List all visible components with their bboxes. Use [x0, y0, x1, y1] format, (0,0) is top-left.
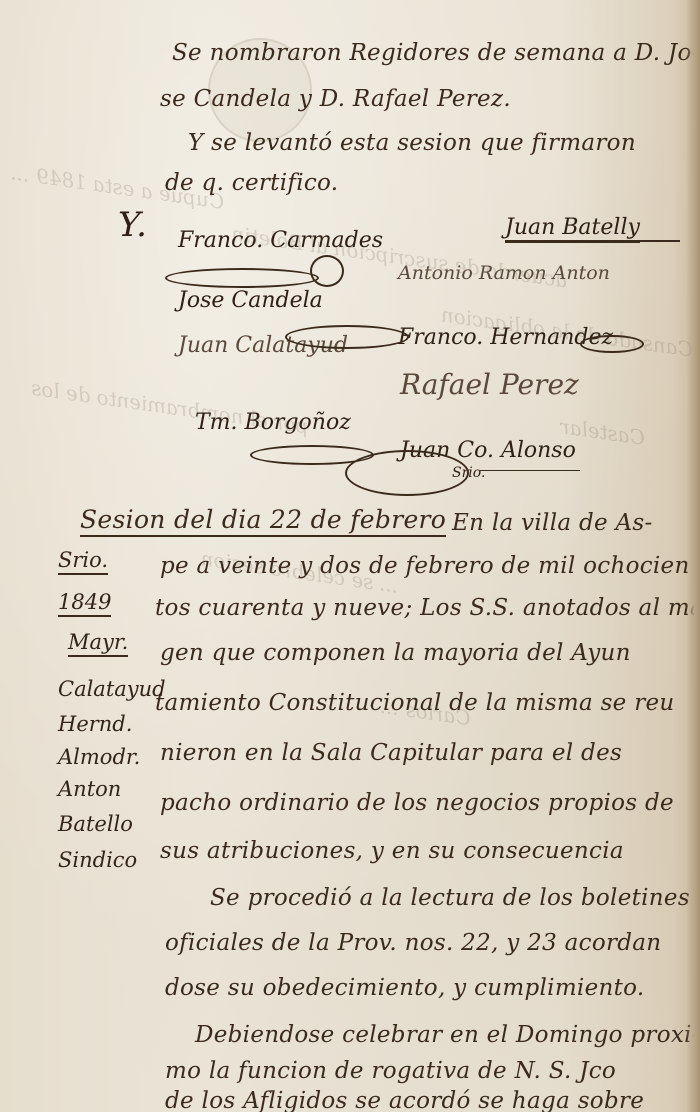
signature-anton: Antonio Ramon Anton [398, 262, 610, 284]
paragraph-1-line-2: oficiales de la Prov. nos. 22, y 23 acor… [165, 930, 661, 956]
margin-secretary: Srio. [58, 548, 108, 575]
session-body-line-4: gen que componen la mayoria del Ayun [160, 640, 631, 666]
session-heading: Sesion del dia 22 de febrero [80, 505, 446, 537]
signature-batelly: Juan Batelly [505, 215, 640, 243]
session-body-line-6: nieron en la Sala Capitular para el des [160, 740, 622, 766]
paragraph-2-line-1: Debiendose celebrar en el Domingo proxi- [195, 1022, 700, 1048]
closing-line-4: de q. certifico. [165, 170, 338, 196]
session-body-line-1: En la villa de As- [452, 510, 653, 536]
signature-carmades: Franco. Carmades [178, 228, 383, 253]
rubric-flourish [310, 255, 344, 287]
margin-member: Batello [58, 812, 133, 836]
margin-present-label: Mayr. [68, 630, 128, 657]
rubric-flourish [345, 450, 469, 496]
paragraph-1-line-3: dose su obedecimiento, y cumplimiento. [165, 975, 645, 1001]
session-body-line-7: pacho ordinario de los negocios propios … [160, 790, 674, 816]
signature-perez: Rafael Perez [400, 368, 579, 401]
paragraph-2-line-2: mo la funcion de rogativa de N. S. Jco [165, 1058, 616, 1084]
signature-initial: Y. [118, 205, 147, 245]
session-body-line-3: tos cuarenta y nueve; Los S.S. anotados … [155, 595, 700, 621]
closing-line-3: Y se levantó esta sesion que firmaron [188, 130, 636, 156]
margin-year: 1849 [58, 590, 111, 617]
session-body-line-8: sus atribuciones, y en su consecuencia [160, 838, 624, 864]
rubric-flourish [165, 268, 319, 288]
session-body-line-5: tamiento Constitucional de la misma se r… [155, 690, 675, 716]
margin-member: Calatayud [58, 677, 166, 701]
rubric-flourish [285, 325, 409, 349]
margin-member: Anton [58, 777, 121, 801]
margin-member: Hernd. [58, 712, 132, 736]
signature-candela: Jose Candela [178, 288, 323, 313]
paragraph-2-line-3: de los Afligidos se acordó se haga sobre [165, 1088, 644, 1112]
signature-borgonoz: Tm. Borgoñoz [195, 410, 351, 435]
closing-line-1: Se nombraron Regidores de semana a D. Jo… [172, 40, 700, 66]
page-edge-shadow [686, 0, 700, 1112]
manuscript-page: Cupue a esta 1849 ... acuerdo de suscrip… [0, 0, 700, 1112]
session-body-line-2: pe a veinte y dos de febrero de mil ocho… [160, 553, 690, 579]
paragraph-1-line-1: Se procedió a la lectura de los boletine… [210, 885, 690, 911]
signature-underline [480, 470, 580, 471]
margin-member: Sindico [58, 848, 137, 872]
signature-underline [505, 240, 680, 242]
closing-line-2: se Candela y D. Rafael Perez. [160, 86, 511, 112]
rubric-flourish [580, 335, 644, 353]
margin-member: Almodr. [58, 745, 140, 769]
